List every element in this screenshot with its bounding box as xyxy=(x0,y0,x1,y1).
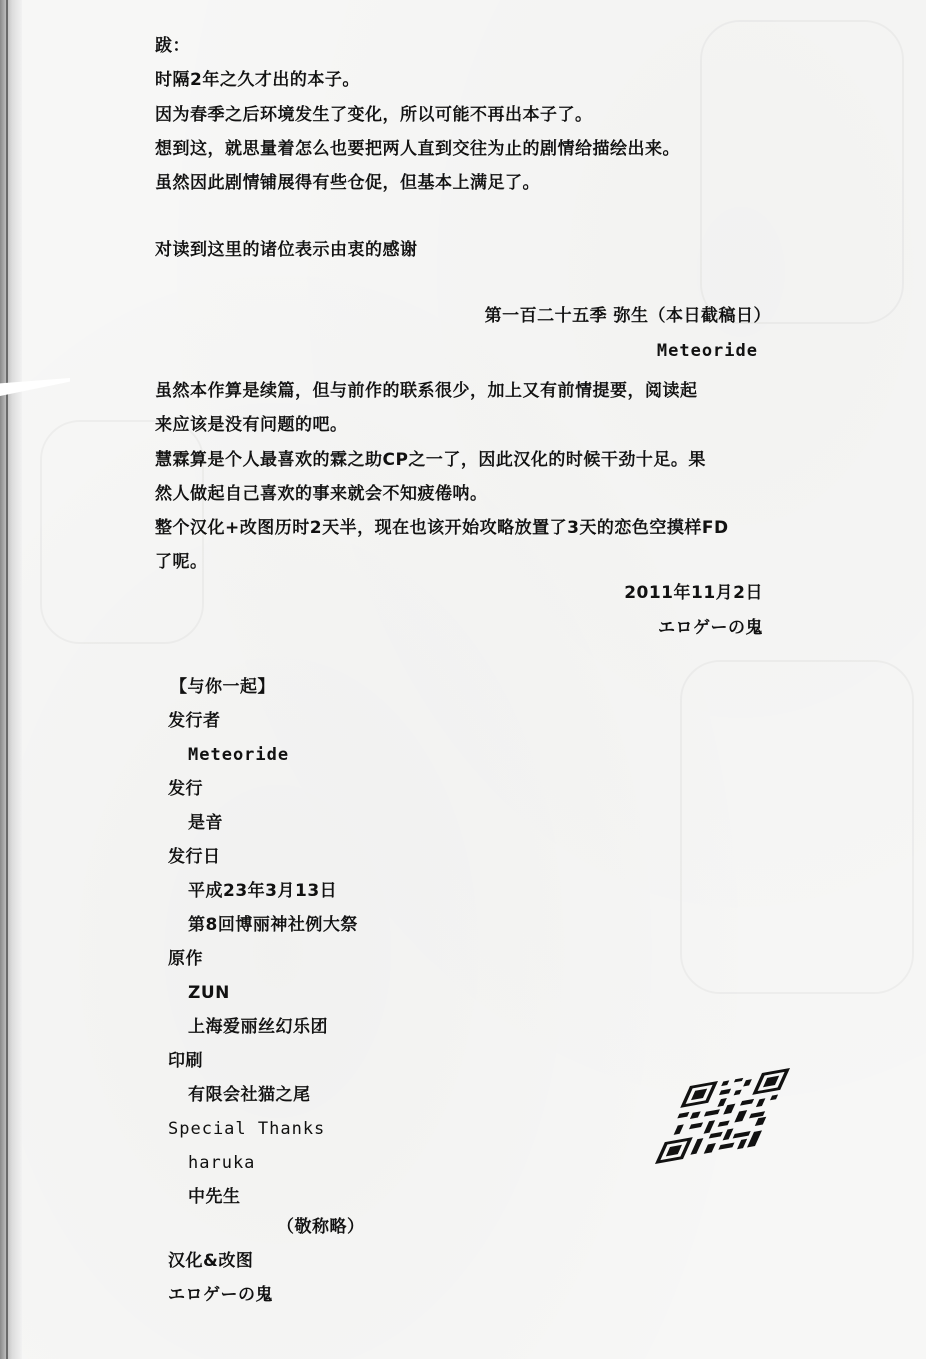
colophon-label: Special Thanks xyxy=(168,1119,325,1139)
spine-edge xyxy=(6,0,8,1359)
colophon-value: 第8回博丽神社例大祭 xyxy=(188,915,358,935)
afterword-thanks: 对读到这里的诸位表示由衷的感谢 xyxy=(155,240,418,260)
qr-code-icon xyxy=(652,1052,792,1168)
bleed-through-art xyxy=(700,20,904,324)
translator-note-line: 然人做起自己喜欢的事来就会不知疲倦呐。 xyxy=(155,484,488,504)
colophon-label: 原作 xyxy=(168,949,203,969)
afterword-signature-date: 第一百二十五季 弥生（本日截稿日） xyxy=(485,306,771,326)
colophon-value: 平成23年3月13日 xyxy=(188,881,337,901)
scanned-page: 跋： 时隔2年之久才出的本子。 因为春季之后环境发生了变化，所以可能不再出本子了… xyxy=(0,0,926,1359)
translator-note-date: 2011年11月2日 xyxy=(624,583,763,603)
afterword-heading: 跋： xyxy=(155,36,190,56)
colophon-label: 印刷 xyxy=(168,1051,203,1071)
colophon-label: 发行日 xyxy=(168,847,221,867)
colophon-value: 有限会社猫之尾 xyxy=(188,1085,311,1105)
colophon-title: 【与你一起】 xyxy=(170,677,275,697)
afterword-signature-name: Meteoride xyxy=(657,341,758,361)
colophon-value: haruka xyxy=(188,1153,255,1173)
colophon-value: 是音 xyxy=(188,813,223,833)
translator-note-line: 整个汉化+改图历时2天半，现在也该开始攻略放置了3天的恋色空摸样FD xyxy=(155,518,729,538)
afterword-line: 虽然因此剧情铺展得有些仓促，但基本上满足了。 xyxy=(155,173,540,193)
translator-note-line: 来应该是没有问题的吧。 xyxy=(155,415,348,435)
honorific-note: （敬称略） xyxy=(277,1217,365,1237)
colophon-value: 中先生 xyxy=(188,1187,241,1207)
colophon-label: 汉化&改图 xyxy=(168,1251,253,1271)
afterword-line: 因为春季之后环境发生了变化，所以可能不再出本子了。 xyxy=(155,105,593,125)
afterword-line: 时隔2年之久才出的本子。 xyxy=(155,70,360,90)
translator-note-line: 了呢。 xyxy=(155,552,208,572)
translator-note-line: 虽然本作算是续篇，但与前作的联系很少，加上又有前情提要，阅读起 xyxy=(155,381,698,401)
translator-note-line: 慧霖算是个人最喜欢的霖之助CP之一了，因此汉化的时候干劲十足。果 xyxy=(155,450,706,470)
afterword-line: 想到这，就思量着怎么也要把两人直到交往为止的剧情给描绘出来。 xyxy=(155,139,680,159)
colophon-value: 上海爱丽丝幻乐团 xyxy=(188,1017,328,1037)
colophon-label: 发行者 xyxy=(168,711,221,731)
bleed-through-art xyxy=(680,660,914,994)
book-spine-shadow xyxy=(0,0,22,1359)
colophon-value: ZUN xyxy=(188,983,230,1003)
colophon-label: 发行 xyxy=(168,779,203,799)
colophon-value: エロゲーの鬼 xyxy=(168,1285,273,1305)
colophon-value: Meteoride xyxy=(188,745,289,765)
translator-note-name: エロゲーの鬼 xyxy=(658,618,763,638)
